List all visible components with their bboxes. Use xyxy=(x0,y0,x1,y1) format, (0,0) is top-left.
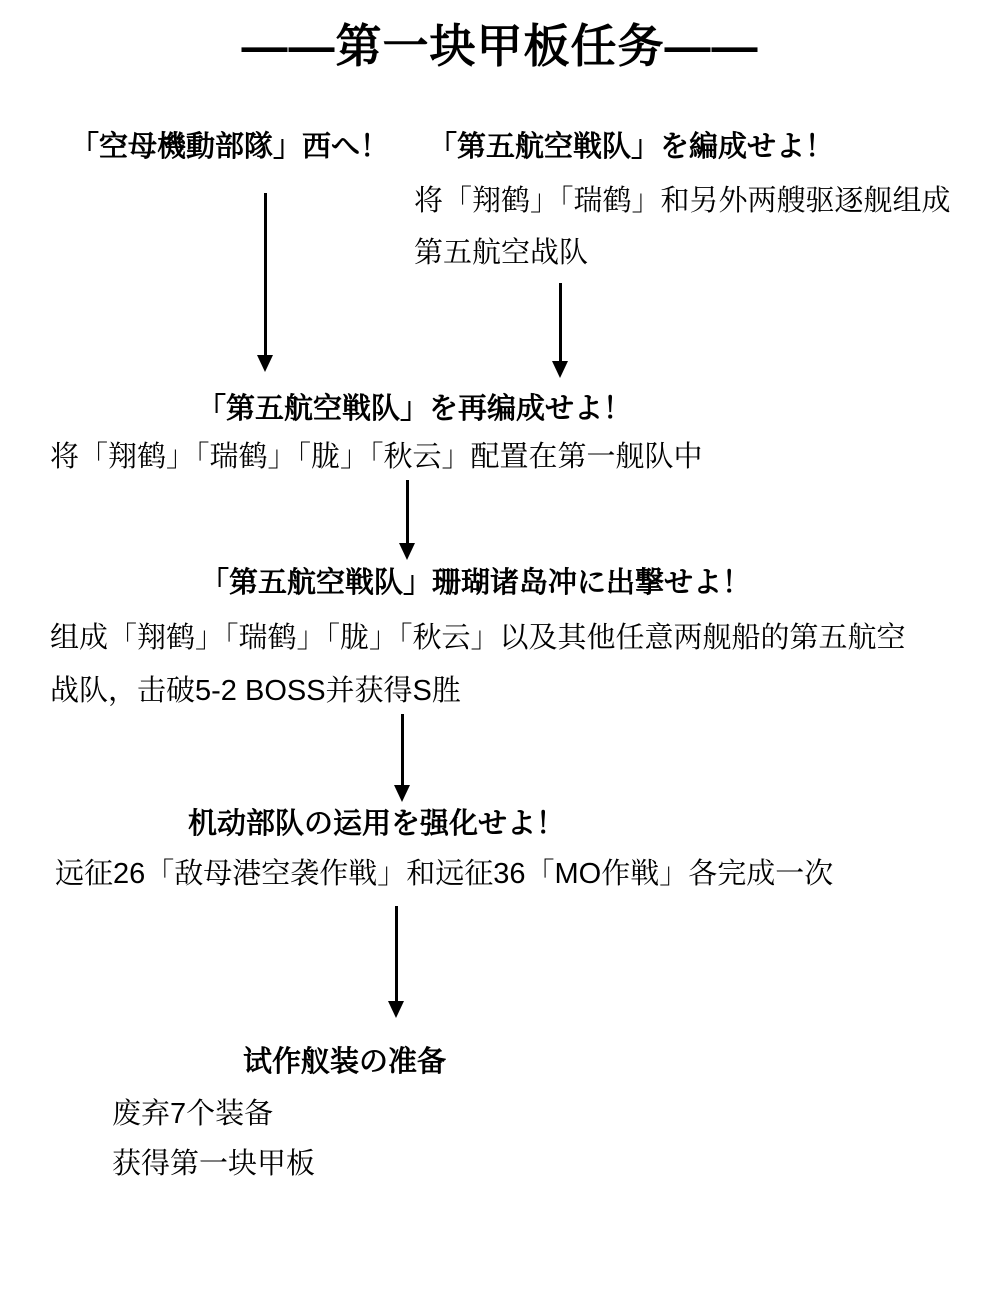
flow-arrow-down-icon xyxy=(257,193,273,372)
flow-arrow-down-icon xyxy=(388,906,404,1018)
quest-1-title: 「空母機動部隊」西へ！ xyxy=(70,129,389,165)
flow-arrow-down-icon xyxy=(552,283,568,378)
quest-4-title: 「第五航空戦队」珊瑚诸岛冲に出撃せよ！ xyxy=(200,565,751,601)
quest-5-desc-line-1: 远征26「敌母港空袭作戦」和远征36「MO作戦」各完成一次 xyxy=(55,856,833,892)
quest-2-desc-line-2: 第五航空战队 xyxy=(414,235,588,271)
quest-6-title: 试作舣装の准备 xyxy=(243,1044,446,1080)
quest-3-desc-line-1: 将「翔鹤」「瑞鹤」「胧」「秋云」配置在第一舰队中 xyxy=(50,439,703,475)
quest-4-desc-line-2: 战队，击破5-2 BOSS并获得S胜 xyxy=(50,673,461,709)
quest-3-title: 「第五航空戦队」を再编成せよ！ xyxy=(197,391,632,427)
flow-arrow-down-icon xyxy=(394,714,410,802)
flow-arrow-down-icon xyxy=(399,480,415,560)
quest-4-desc-line-1: 组成「翔鹤」「瑞鹤」「胧」「秋云」以及其他任意两舰船的第五航空 xyxy=(50,620,906,656)
flowchart-canvas: ——第一块甲板任务—— 「空母機動部隊」西へ！ 「第五航空戦队」を編成せよ！ 将… xyxy=(0,0,1000,1294)
quest-6-desc-line-2: 获得第一块甲板 xyxy=(112,1146,315,1182)
page-title: ——第一块甲板任务—— xyxy=(0,18,1000,76)
quest-2-desc-line-1: 将「翔鹤」「瑞鹤」和另外两艘驱逐舰组成 xyxy=(414,183,951,219)
quest-6-desc-line-1: 废弃7个装备 xyxy=(112,1096,273,1132)
quest-5-title: 机动部队の运用を强化せよ！ xyxy=(188,806,565,842)
quest-2-title: 「第五航空戦队」を編成せよ！ xyxy=(428,129,834,165)
